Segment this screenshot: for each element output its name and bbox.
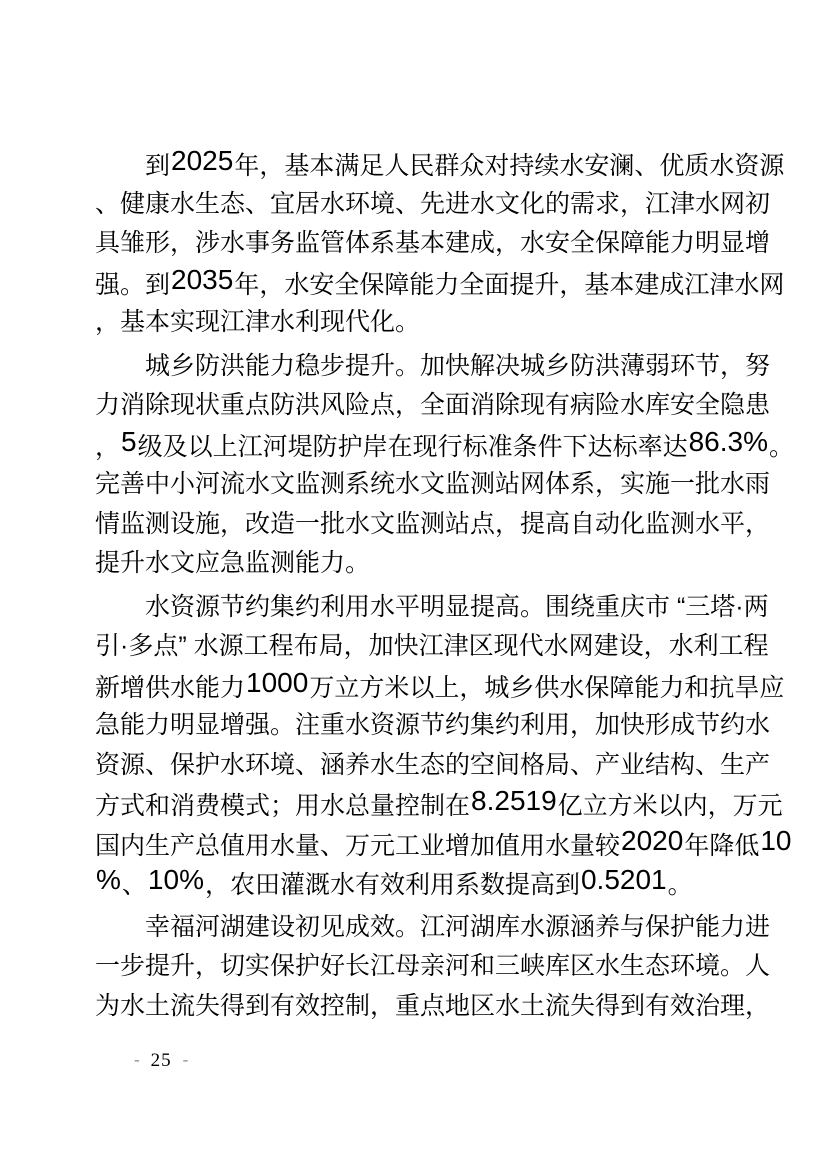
text-line: 一步提升，切实保护好长江母亲河和三峡库区水生态环境。人 xyxy=(95,947,733,987)
text-line: 幸福河湖建设初见成效。江河湖库水源涵养与保护能力进 xyxy=(95,908,733,948)
text-line: 城乡防洪能力稳步提升。加快解决城乡防洪薄弱环节，努 xyxy=(95,347,733,387)
text-line: %、10%，农田灌溉水有效利用系数提高到0.5201。 xyxy=(95,864,733,904)
document-body: 到2025年，基本满足人民群众对持续水安澜、优质水资源、健康水生态、宜居水环境、… xyxy=(95,145,733,1026)
text-line: 力消除现状重点防洪风险点，全面消除现有病险水库安全隐患 xyxy=(95,386,733,426)
text-line: 情监测设施，改造一批水文监测站点，提高自动化监测水平， xyxy=(95,505,733,545)
text-line: 急能力明显增强。注重水资源节约集约利用，加快形成节约水 xyxy=(95,706,733,746)
text-line: 新增供水能力1000万立方米以上，城乡供水保障能力和抗旱应 xyxy=(95,667,733,707)
paragraph: 幸福河湖建设初见成效。江河湖库水源涵养与保护能力进一步提升，切实保护好长江母亲河… xyxy=(95,908,733,1027)
text-line: 引·多点” 水源工程布局，加快江津区现代水网建设，水利工程 xyxy=(95,627,733,667)
text-line: 国内生产总值用水量、万元工业增加值用水量较2020年降低10 xyxy=(95,825,733,865)
page-footer: - 25 - xyxy=(134,1048,188,1074)
text-line: 完善中小河流水文监测系统水文监测站网体系，实施一批水雨 xyxy=(95,465,733,505)
text-line: ，5级及以上江河堤防护岸在现行标准条件下达标率达86.3%。 xyxy=(95,426,733,466)
text-line: 资源、保护水环境、涵养水生态的空间格局、产业结构、生产 xyxy=(95,746,733,786)
numeric-text: 10 xyxy=(760,825,791,856)
text-line: ，基本实现江津水利现代化。 xyxy=(95,303,733,343)
footer-dash-left: - xyxy=(134,1050,140,1070)
paragraph: 水资源节约集约利用水平明显提高。围绕重庆市 “三塔·两引·多点” 水源工程布局，… xyxy=(95,588,733,904)
numeric-text: 86.3% xyxy=(689,426,768,457)
text-line: 、健康水生态、宜居水环境、先进水文化的需求，江津水网初 xyxy=(95,185,733,225)
text-line: 为水土流失得到有效控制，重点地区水土流失得到有效治理， xyxy=(95,987,733,1027)
text-line: 提升水文应急监测能力。 xyxy=(95,544,733,584)
text-line: 水资源节约集约利用水平明显提高。围绕重庆市 “三塔·两 xyxy=(95,588,733,628)
footer-dash-right: - xyxy=(183,1050,189,1070)
numeric-text: 2035 xyxy=(171,264,233,295)
numeric-text: 8.2519 xyxy=(471,785,557,816)
text-line: 具雏形，涉水事务监管体系基本建成，水安全保障能力明显增 xyxy=(95,224,733,264)
document-page: 到2025年，基本满足人民群众对持续水安澜、优质水资源、健康水生态、宜居水环境、… xyxy=(0,0,827,1169)
numeric-text: 1000 xyxy=(246,667,308,698)
numeric-text: 2025 xyxy=(171,145,233,176)
numeric-text: % xyxy=(96,864,121,895)
numeric-text: 5 xyxy=(121,426,137,457)
numeric-text: 10% xyxy=(148,864,204,895)
numeric-text: 2020 xyxy=(621,825,683,856)
paragraph: 城乡防洪能力稳步提升。加快解决城乡防洪薄弱环节，努力消除现状重点防洪风险点，全面… xyxy=(95,347,733,584)
text-line: 强。到2035年，水安全保障能力全面提升，基本建成江津水网 xyxy=(95,264,733,304)
text-line: 方式和消费模式；用水总量控制在8.2519亿立方米以内，万元 xyxy=(95,785,733,825)
paragraph: 到2025年，基本满足人民群众对持续水安澜、优质水资源、健康水生态、宜居水环境、… xyxy=(95,145,733,343)
page-number: 25 xyxy=(151,1050,172,1072)
numeric-text: 0.5201 xyxy=(581,864,667,895)
text-line: 到2025年，基本满足人民群众对持续水安澜、优质水资源 xyxy=(95,145,733,185)
